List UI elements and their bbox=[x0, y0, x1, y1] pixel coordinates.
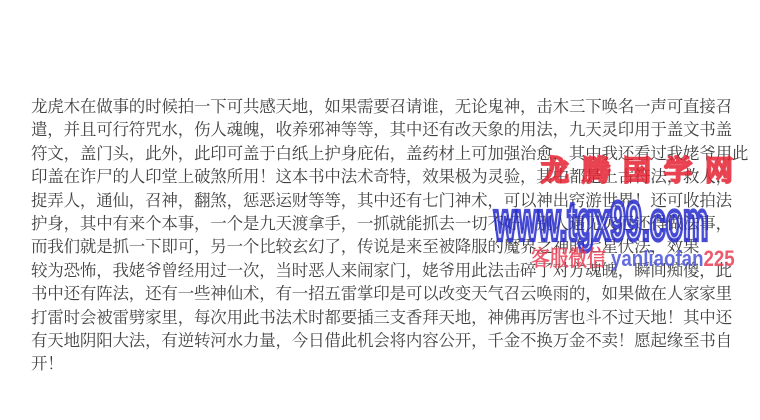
paragraph-line: 开！ bbox=[31, 353, 748, 376]
paragraph-line: 遣，并且可行符咒水，伤人魂魄，收养邪神等等，其中还有改天象的用法，九天灵印用于盖… bbox=[31, 119, 748, 142]
article-text: 龙虎木在做事的时候拍一下可共感天地，如果需要召请谁，无论鬼神，击木三下唤名一声可… bbox=[31, 96, 748, 377]
paragraph-line: 较为恐怖，我姥爷曾经用过一次，当时恶人来闹家门，姥爷用此法击碎了对方魂魄，瞬间痴… bbox=[31, 260, 748, 283]
paragraph-line: 而我们就是抓一下即可，另一个比较玄幻了，传说是来至被降服的魔界之神的七星伏法，效… bbox=[31, 236, 748, 259]
paragraph-line: 书中还有阵法，还有一些神仙术，有一招五雷掌印是可以改变天气召云唤雨的，如果做在人… bbox=[31, 283, 748, 306]
paragraph-line: 有天地阴阳大法，有逆转河水力量，今日借此机会将内容公开，千金不换万金不卖！愿起缘… bbox=[31, 330, 748, 353]
paragraph-line: 印盖在诈尸的人印堂上破煞所用！这本书中法术奇特，效果极为灵验，其中都是上古符法，… bbox=[31, 166, 748, 189]
paragraph-line: 打雷时会被雷劈家里，每次用此书法术时都要插三支香拜天地，神佛再厉害也斗不过天地！… bbox=[31, 307, 748, 330]
paragraph-line: 龙虎木在做事的时候拍一下可共感天地，如果需要召请谁，无论鬼神，击木三下唤名一声可… bbox=[31, 96, 748, 119]
paragraph-line: 捉弄人，通仙，召神，翻煞，惩恶运财等等，其中还有七门神术，可以神出窍游世界！还可… bbox=[31, 190, 748, 213]
paragraph-line: 符文，盖门头，此外，此印可盖于白纸上护身庇佑，盖药材上可加强治愈，其中我还看过我… bbox=[31, 143, 748, 166]
document-page: 龙虎木在做事的时候拍一下可共感天地，如果需要召请谁，无论鬼神，击木三下唤名一声可… bbox=[0, 0, 760, 420]
paragraph-line: 护身，其中有来个本事，一个是九天渡拿手，一抓就能抓去一切不好，别人遇见灾厄还得做… bbox=[31, 213, 748, 236]
